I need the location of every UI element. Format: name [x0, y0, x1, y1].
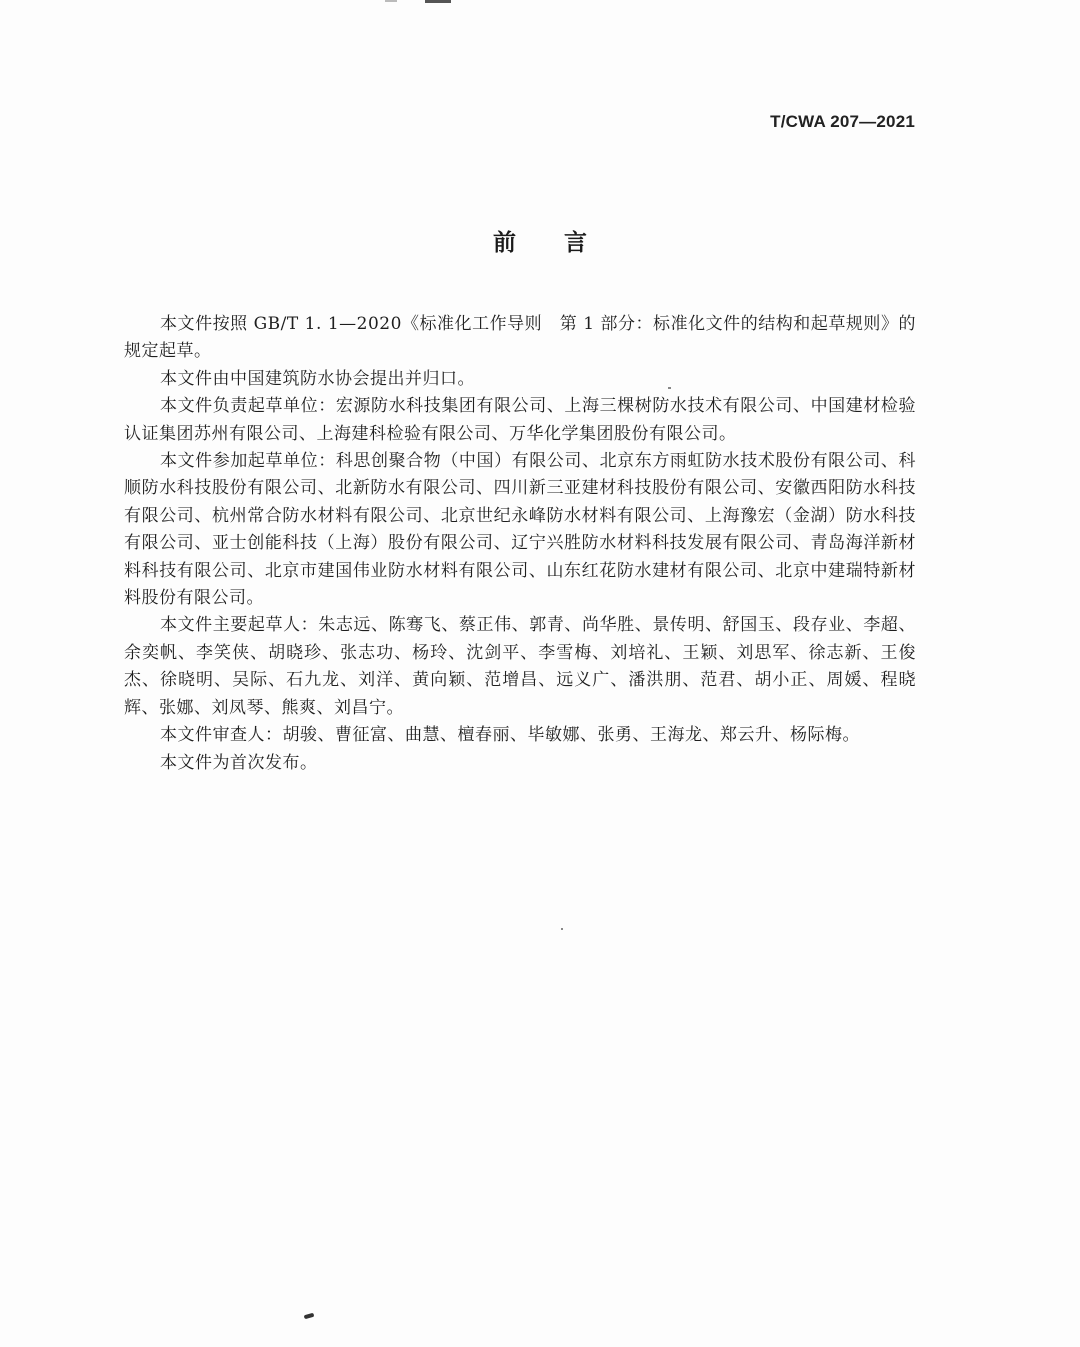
scan-artifact	[385, 0, 397, 2]
foreword-body: 本文件按照 GB/T 1. 1—2020《标准化工作导则 第 1 部分：标准化文…	[124, 311, 916, 777]
paragraph-first-release: 本文件为首次发布。	[124, 750, 916, 777]
paragraph-lead-drafting-units: 本文件负责起草单位：宏源防水科技集团有限公司、上海三棵树防水技术有限公司、中国建…	[124, 393, 916, 448]
paragraph-main-drafters: 本文件主要起草人：朱志远、陈骞飞、蔡正伟、郭青、尚华胜、景传明、舒国玉、段存业、…	[124, 612, 916, 722]
page-title: 前言	[0, 224, 1080, 257]
paragraph-proposer: 本文件由中国建筑防水协会提出并归口。	[124, 366, 916, 393]
scan-artifact	[425, 0, 451, 3]
scan-mark	[304, 1313, 315, 1319]
scan-speck	[561, 928, 563, 930]
paragraph-participating-units: 本文件参加起草单位：科思创聚合物（中国）有限公司、北京东方雨虹防水技术股份有限公…	[124, 448, 916, 612]
scan-speck	[668, 387, 671, 389]
paragraph-drafting-rules: 本文件按照 GB/T 1. 1—2020《标准化工作导则 第 1 部分：标准化文…	[124, 311, 916, 366]
document-code: T/CWA 207—2021	[770, 112, 915, 132]
paragraph-reviewers: 本文件审查人：胡骏、曹征富、曲慧、檀春丽、毕敏娜、张勇、王海龙、郑云升、杨际梅。	[124, 722, 916, 749]
